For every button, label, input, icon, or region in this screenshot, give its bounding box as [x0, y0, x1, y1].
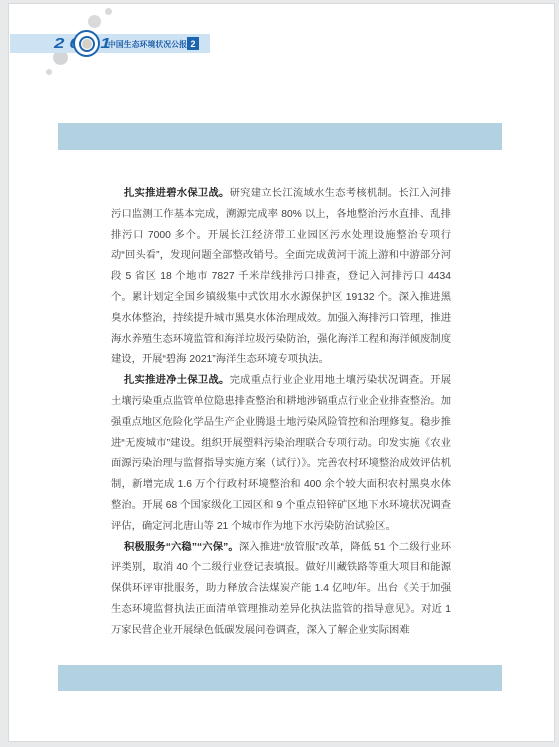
paragraph-heading: 积极服务“六稳”“六保”。: [124, 542, 239, 553]
paragraph-body: 完成重点行业企业用地土壤污染状况调查。开展土壤污染重点监管单位隐患排查整治和耕地…: [111, 375, 451, 532]
section-divider-bottom: [58, 665, 502, 691]
paragraph-service: 积极服务“六稳”“六保”。深入推进“放管服”改革，降低 51 个二级行业环评类别…: [111, 538, 451, 642]
paragraph-water: 扎实推进碧水保卫战。研究建立长江流域水生态考核机制。长江入河排污口监测工作基本完…: [111, 184, 451, 371]
report-page: 2021 中国生态环境状况公报 2 扎实推进碧水保卫战。研究建立长江流域水生态考…: [8, 3, 555, 742]
paragraph-heading: 扎实推进净土保卫战。: [124, 375, 230, 386]
report-logo-icon: [73, 30, 100, 57]
paragraph-soil: 扎实推进净土保卫战。完成重点行业企业用地土壤污染状况调查。开展土壤污染重点监管单…: [111, 371, 451, 537]
body-text: 扎实推进碧水保卫战。研究建立长江流域水生态考核机制。长江入河排污口监测工作基本完…: [111, 184, 451, 642]
section-divider-top: [58, 123, 502, 150]
decorative-dot-icon: [88, 15, 101, 28]
paragraph-body: 研究建立长江流域水生态考核机制。长江入河排污口监测工作基本完成，溯源完成率 80…: [111, 188, 451, 365]
decorative-dot-icon: [105, 8, 112, 15]
paragraph-body: 深入推进“放管服”改革，降低 51 个二级行业环评类别，取消 40 个二级行业登…: [111, 542, 451, 636]
decorative-dot-icon: [46, 69, 52, 75]
report-logo-ring: [79, 36, 95, 52]
document-viewport: 2021 中国生态环境状况公报 2 扎实推进碧水保卫战。研究建立长江流域水生态考…: [0, 0, 559, 747]
report-logo-core: [82, 39, 92, 49]
page-number-badge: 2: [187, 37, 199, 50]
report-title: 中国生态环境状况公报: [108, 39, 186, 50]
paragraph-heading: 扎实推进碧水保卫战。: [124, 188, 230, 199]
